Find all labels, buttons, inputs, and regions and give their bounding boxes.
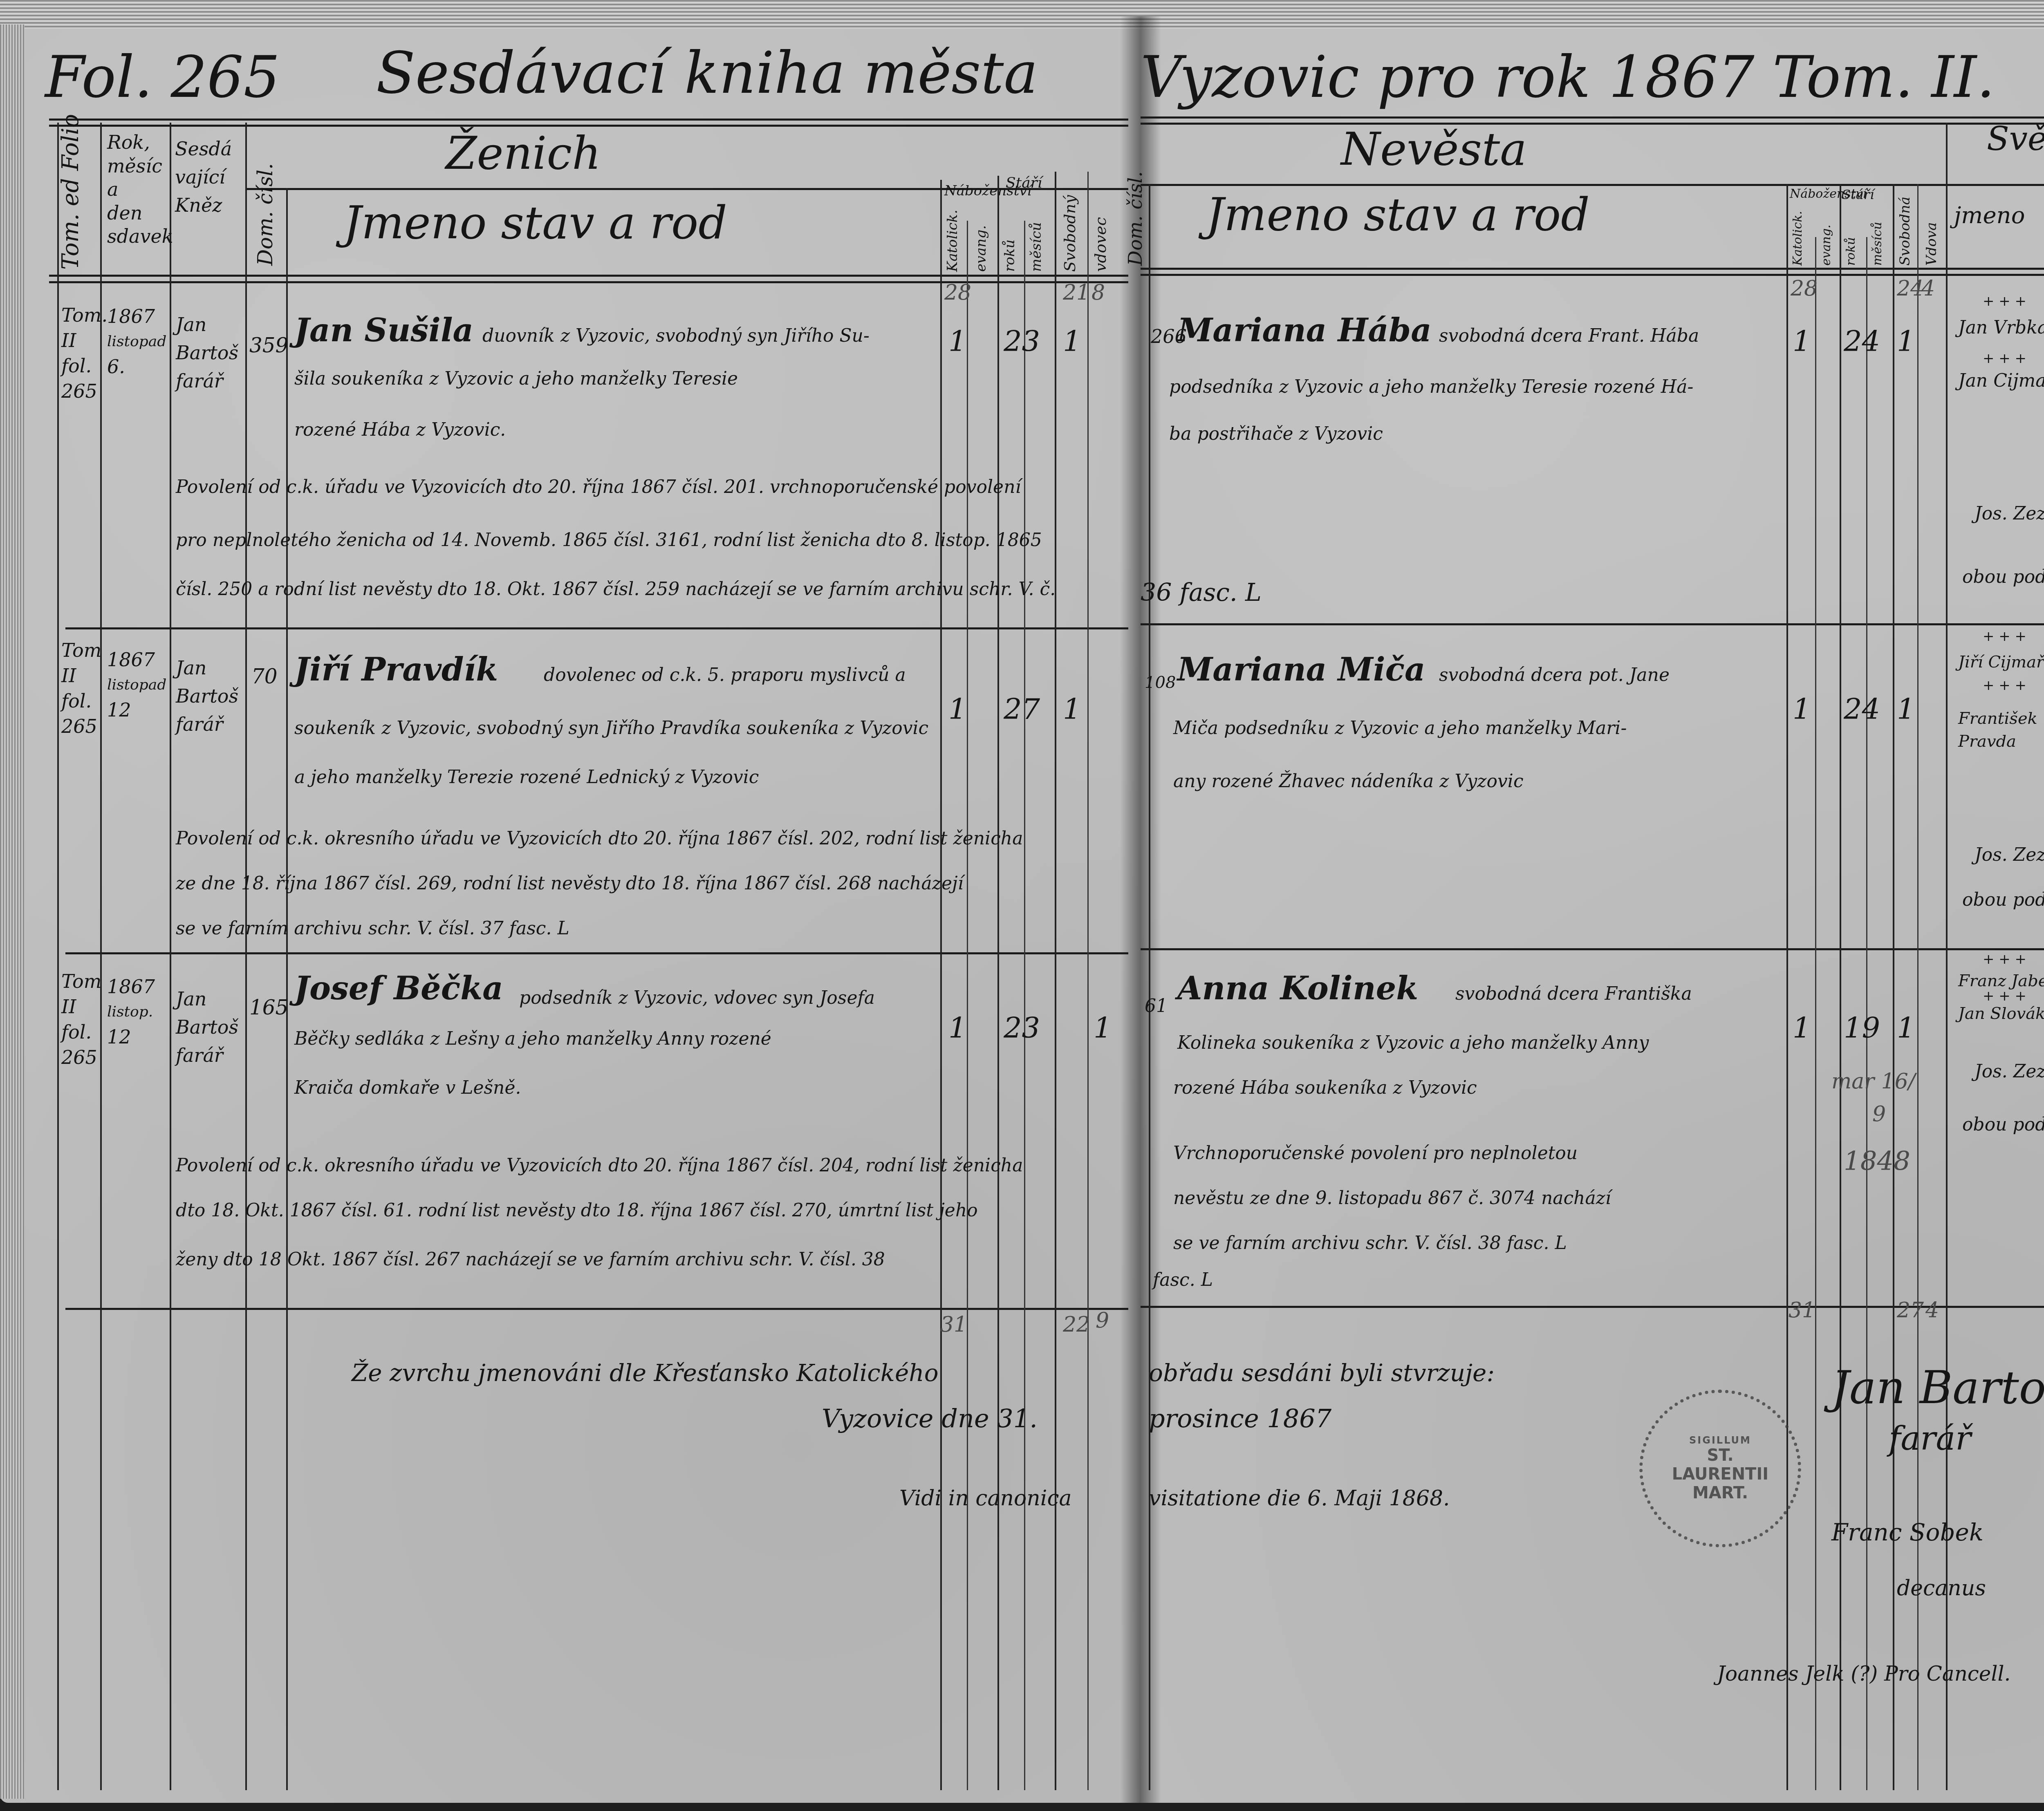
bride-age: 24: [1844, 327, 1880, 356]
bride-line: se ve farním archivu schr. V. čísl. 38 f…: [1173, 1234, 1567, 1252]
note-line: ze dne 18. října 1867 čísl. 269, rodní l…: [176, 875, 964, 893]
bride-line: ba postřihače z Vyzovic: [1169, 425, 1383, 443]
rule: [49, 119, 1128, 121]
header-house-no-bride: Dom. čísl.: [1124, 171, 1146, 266]
note-line: Povolení od c.k. úřadu ve Vyzovicích dto…: [176, 478, 1021, 496]
entry-tom-folio: TomIIfol.265: [61, 969, 101, 1070]
entry-priest: JanBartošfarář: [176, 654, 238, 739]
witness-name: Jiří Cijmař: [1958, 654, 2044, 670]
header-evang: evang.: [973, 225, 989, 272]
groom-name: Josef Běčka: [294, 973, 503, 1005]
col-line: [245, 123, 247, 1790]
groom-line: šila soukeníka z Vyzovic a jeho manželky…: [294, 370, 738, 388]
groom-single: 1: [1063, 695, 1081, 723]
header-widow-bride: Vdova: [1923, 222, 1940, 266]
dean-signature: Franc Sobek: [1831, 1520, 1983, 1544]
pencil-total: 24: [1897, 278, 1924, 299]
witness-mark: + + +: [1983, 629, 2026, 643]
pencil-total: 4: [1921, 278, 1935, 299]
groom-age: 23: [1004, 327, 1040, 356]
header-priest: Sesdá vající Kněz: [175, 135, 232, 219]
groom-catholic: 1: [948, 1014, 967, 1042]
row-separator: [1141, 948, 2044, 950]
groom-catholic: 1: [948, 695, 967, 723]
groom-line: Kraiča domkaře v Lešně.: [294, 1079, 521, 1097]
groom-line: rozené Hába z Vyzovic.: [294, 421, 506, 439]
note-line: čísl. 250 a rodní list nevěsty dto 18. O…: [176, 580, 1056, 598]
visitation-note: Vidi in canonica: [899, 1488, 1072, 1509]
header-widower: vdovec: [1091, 217, 1109, 272]
witness-mark: + + +: [1983, 989, 2026, 1003]
bride-age: 19: [1844, 1014, 1880, 1042]
witness-name: Jan Cijmař: [1958, 372, 2044, 390]
pencil-note: mar 16/: [1831, 1071, 1915, 1092]
bride-single: 1: [1897, 1014, 1915, 1042]
note-line: se ve farním archivu schr. V. čísl. 37 f…: [176, 920, 569, 938]
priest-signature: Jan Bartoš: [1831, 1365, 2044, 1410]
col-line: [967, 221, 968, 1790]
entry-date: 1867listopad6.: [107, 302, 166, 381]
bride-house-no: 108: [1145, 674, 1176, 691]
bride-line: svobodná dcera Františka: [1455, 985, 1692, 1003]
groom-line: duovník z Vyzovic, svobodný syn Jiřího S…: [482, 327, 870, 345]
header-single-bride: Svobodná: [1897, 197, 1913, 266]
bride-note-tail: 36 fasc. L: [1141, 580, 1262, 605]
groom-line: soukeník z Vyzovic, svobodný syn Jiřího …: [294, 719, 928, 737]
header-name-status-bride: Jmeno stav a rod: [1206, 192, 1590, 237]
header-date: Rok, měsíc a den sdavek: [107, 131, 173, 248]
header-house-no: Dom. čísl.: [253, 163, 277, 266]
col-line: [1893, 184, 1894, 1790]
col-line: [170, 123, 171, 1790]
col-line: [1149, 184, 1150, 1790]
bride-house-no: 61: [1145, 997, 1168, 1015]
witness-mark: + + +: [1983, 294, 2026, 308]
pencil-total: 8: [1091, 282, 1105, 303]
pencil-total: 28: [944, 282, 971, 303]
chancellery-signature: Joannes Jelk (?) Pro Cancell.: [1717, 1663, 2010, 1684]
priest-title: farář: [1889, 1422, 1971, 1455]
folio-number: Fol. 265: [45, 49, 280, 106]
col-line: [1055, 172, 1056, 1790]
closing-statement: Že zvrchu jmenováni dle Křesťansko Katol…: [352, 1361, 939, 1385]
rule: [1141, 268, 2044, 270]
groom-age: 27: [1004, 695, 1040, 723]
closing-place-date-cont: prosince 1867: [1149, 1406, 1331, 1431]
cooperator-note: obou podpisatel: [1962, 568, 2044, 586]
col-line: [997, 176, 999, 1790]
header-months: měsíců: [1028, 222, 1044, 272]
witness-name: Jan Slovák: [1958, 1005, 2044, 1022]
header-evang-bride: evang.: [1819, 224, 1833, 266]
note-line: Povolení od c.k. okresního úřadu ve Vyzo…: [176, 830, 1023, 848]
bride-single: 1: [1897, 327, 1915, 356]
bride-name: Anna Kolinek: [1177, 973, 1418, 1005]
col-line: [1786, 184, 1788, 1790]
pencil-total: 28: [1791, 278, 1818, 299]
rule: [1141, 184, 2044, 186]
bride-name: Mariana Miča: [1177, 654, 1425, 686]
header-age: Stáří: [1006, 176, 1042, 190]
note-line: pro neplnoletého ženicha od 14. Novemb. …: [176, 531, 1042, 549]
bride-line: rozené Hába soukeníka z Vyzovic: [1173, 1079, 1477, 1097]
witness-name: Franz Jabe: [1958, 973, 2044, 989]
closing-place-date: Vyzovice dne 31.: [822, 1406, 1038, 1431]
header-groom: Ženich: [446, 131, 601, 176]
row-separator: [1141, 623, 2044, 625]
pencil-note: 9: [1872, 1104, 1886, 1125]
header-single: Svobodný: [1061, 195, 1079, 272]
visitation-note-cont: visitatione die 6. Maji 1868.: [1149, 1488, 1450, 1509]
entry-tom-folio: Tom.IIfol.265: [61, 302, 108, 404]
rule: [1141, 123, 2044, 125]
groom-age: 23: [1004, 1014, 1040, 1042]
total-single-bride: 27: [1897, 1300, 1924, 1321]
page-edges-left: [0, 25, 25, 1799]
title-left: Sesdávací kniha města: [376, 45, 1038, 102]
header-years-bride: roků: [1844, 237, 1858, 266]
bride-catholic: 1: [1793, 1014, 1811, 1042]
header-witness-name: jmeno: [1954, 204, 2025, 227]
cooperator-signature: Jos. Zezula koop.: [1975, 1063, 2044, 1081]
witness-mark: + + +: [1983, 678, 2026, 692]
witness-mark: + + +: [1983, 952, 2026, 966]
groom-name: Jiří Pravdík: [294, 654, 498, 686]
col-line: [1815, 237, 1816, 1790]
groom-widower: 1: [1094, 1014, 1112, 1042]
header-age-bride: Stáří: [1842, 188, 1874, 201]
bride-line: svobodná dcera Frant. Hába: [1439, 327, 1699, 345]
bride-name: Mariana Hába: [1177, 315, 1432, 347]
pencil-note: 1848: [1844, 1148, 1910, 1175]
col-line: [57, 123, 59, 1790]
cooperator-signature: Jos. Zezula koop.: [1975, 505, 2044, 523]
bride-line: Miča podsedníku z Vyzovic a jeho manželk…: [1173, 719, 1627, 737]
bride-note-tail: fasc. L: [1153, 1271, 1213, 1289]
total-widower: 9: [1096, 1310, 1109, 1331]
pencil-total: 21: [1063, 282, 1090, 303]
header-name-status-groom: Jmeno stav a rod: [343, 200, 727, 245]
groom-line: a jeho manželky Terezie rozené Lednický …: [294, 768, 759, 786]
col-line: [1024, 221, 1025, 1790]
groom-single: 1: [1063, 327, 1081, 356]
header-catholic-bride: Katolick.: [1791, 211, 1805, 266]
dean-title: decanus: [1897, 1578, 1986, 1599]
book-gutter: [1120, 16, 1161, 1803]
entry-date: 1867listop.12: [107, 973, 155, 1051]
row-separator: [65, 952, 1128, 954]
groom-line: dovolenec od c.k. 5. praporu myslivců a: [544, 666, 906, 684]
col-line: [1840, 184, 1841, 1790]
header-tom-folio: Tom. ed Folio: [57, 114, 84, 270]
cooperator-note: obou podpisatel: [1962, 891, 2044, 909]
bride-line: podsedníka z Vyzovic a jeho manželky Ter…: [1169, 378, 1693, 396]
rule: [49, 275, 1128, 277]
col-line: [1917, 184, 1918, 1790]
groom-catholic: 1: [948, 327, 967, 356]
entry-tom-folio: TomIIfol.265: [61, 638, 101, 739]
cooperator-note: obou podpisatel: [1962, 1116, 2044, 1134]
row-separator: [65, 627, 1128, 629]
total-widow-bride: 4: [1925, 1300, 1939, 1321]
bride-catholic: 1: [1793, 695, 1811, 723]
header-catholic: Katolick.: [944, 210, 961, 272]
closing-statement-cont: obřadu sesdáni byli stvrzuje:: [1149, 1361, 1495, 1385]
groom-house-no: 70: [251, 666, 278, 687]
note-line: dto 18. Okt. 1867 čísl. 61. rodní list n…: [176, 1202, 978, 1220]
note-line: Povolení od c.k. okresního úřadu ve Vyzo…: [176, 1157, 1023, 1175]
col-line: [1087, 172, 1089, 1790]
entry-priest: JanBartošfarář: [176, 311, 238, 395]
parish-seal: SIGILLUM ST. LAURENTII MART.: [1639, 1390, 1801, 1547]
bride-single: 1: [1897, 695, 1915, 723]
header-years: roků: [1002, 240, 1018, 272]
bride-line: any rozené Žhavec nádeníka z Vyzovic: [1173, 772, 1524, 790]
cooperator-signature: Jos. Zezula koop.: [1975, 846, 2044, 864]
groom-house-no: 165: [249, 997, 288, 1018]
note-line: ženy dto 18 Okt. 1867 čísl. 267 nacházej…: [176, 1251, 885, 1269]
entry-date: 1867listopad12: [107, 646, 166, 724]
col-line: [286, 188, 288, 1790]
groom-line: podsedník z Vyzovic, vdovec syn Josefa: [519, 989, 875, 1007]
total-single: 22: [1063, 1314, 1090, 1335]
groom-house-no: 359: [249, 335, 288, 356]
header-witnesses: Svědkové: [1987, 123, 2044, 155]
header-months-bride: měsíců: [1870, 222, 1885, 266]
bride-age: 24: [1844, 695, 1880, 723]
groom-name: Jan Sušila: [294, 315, 473, 347]
rule: [49, 125, 1128, 127]
groom-line: Běčky sedláka z Lešny a jeho manželky An…: [294, 1030, 771, 1048]
rule: [1141, 116, 2044, 119]
bride-catholic: 1: [1793, 327, 1811, 356]
witness-mark: + + +: [1983, 351, 2026, 365]
bride-line: svobodná dcera pot. Jane: [1439, 666, 1670, 684]
bride-line: nevěstu ze dne 9. listopadu 867 č. 3074 …: [1173, 1189, 1611, 1207]
witness-name: Jan Vrbka: [1958, 319, 2044, 337]
total-catholic: 31: [940, 1314, 967, 1335]
witness-name: František Pravda: [1958, 707, 2044, 753]
page-top-edge: [0, 0, 2044, 29]
total-catholic-bride: 31: [1788, 1300, 1815, 1321]
col-line: [940, 180, 942, 1790]
rule: [1141, 274, 2044, 276]
row-separator: [65, 1308, 1128, 1310]
header-bride: Nevěsta: [1341, 127, 1527, 172]
bride-line: Vrchnoporučenské povolení pro neplnoleto…: [1173, 1144, 1578, 1162]
title-right: Vyzovic pro rok 1867 Tom. II.: [1141, 49, 1995, 106]
entry-priest: JanBartošfarář: [176, 985, 238, 1070]
bride-line: Kolineka soukeníka z Vyzovic a jeho manž…: [1177, 1034, 1649, 1052]
